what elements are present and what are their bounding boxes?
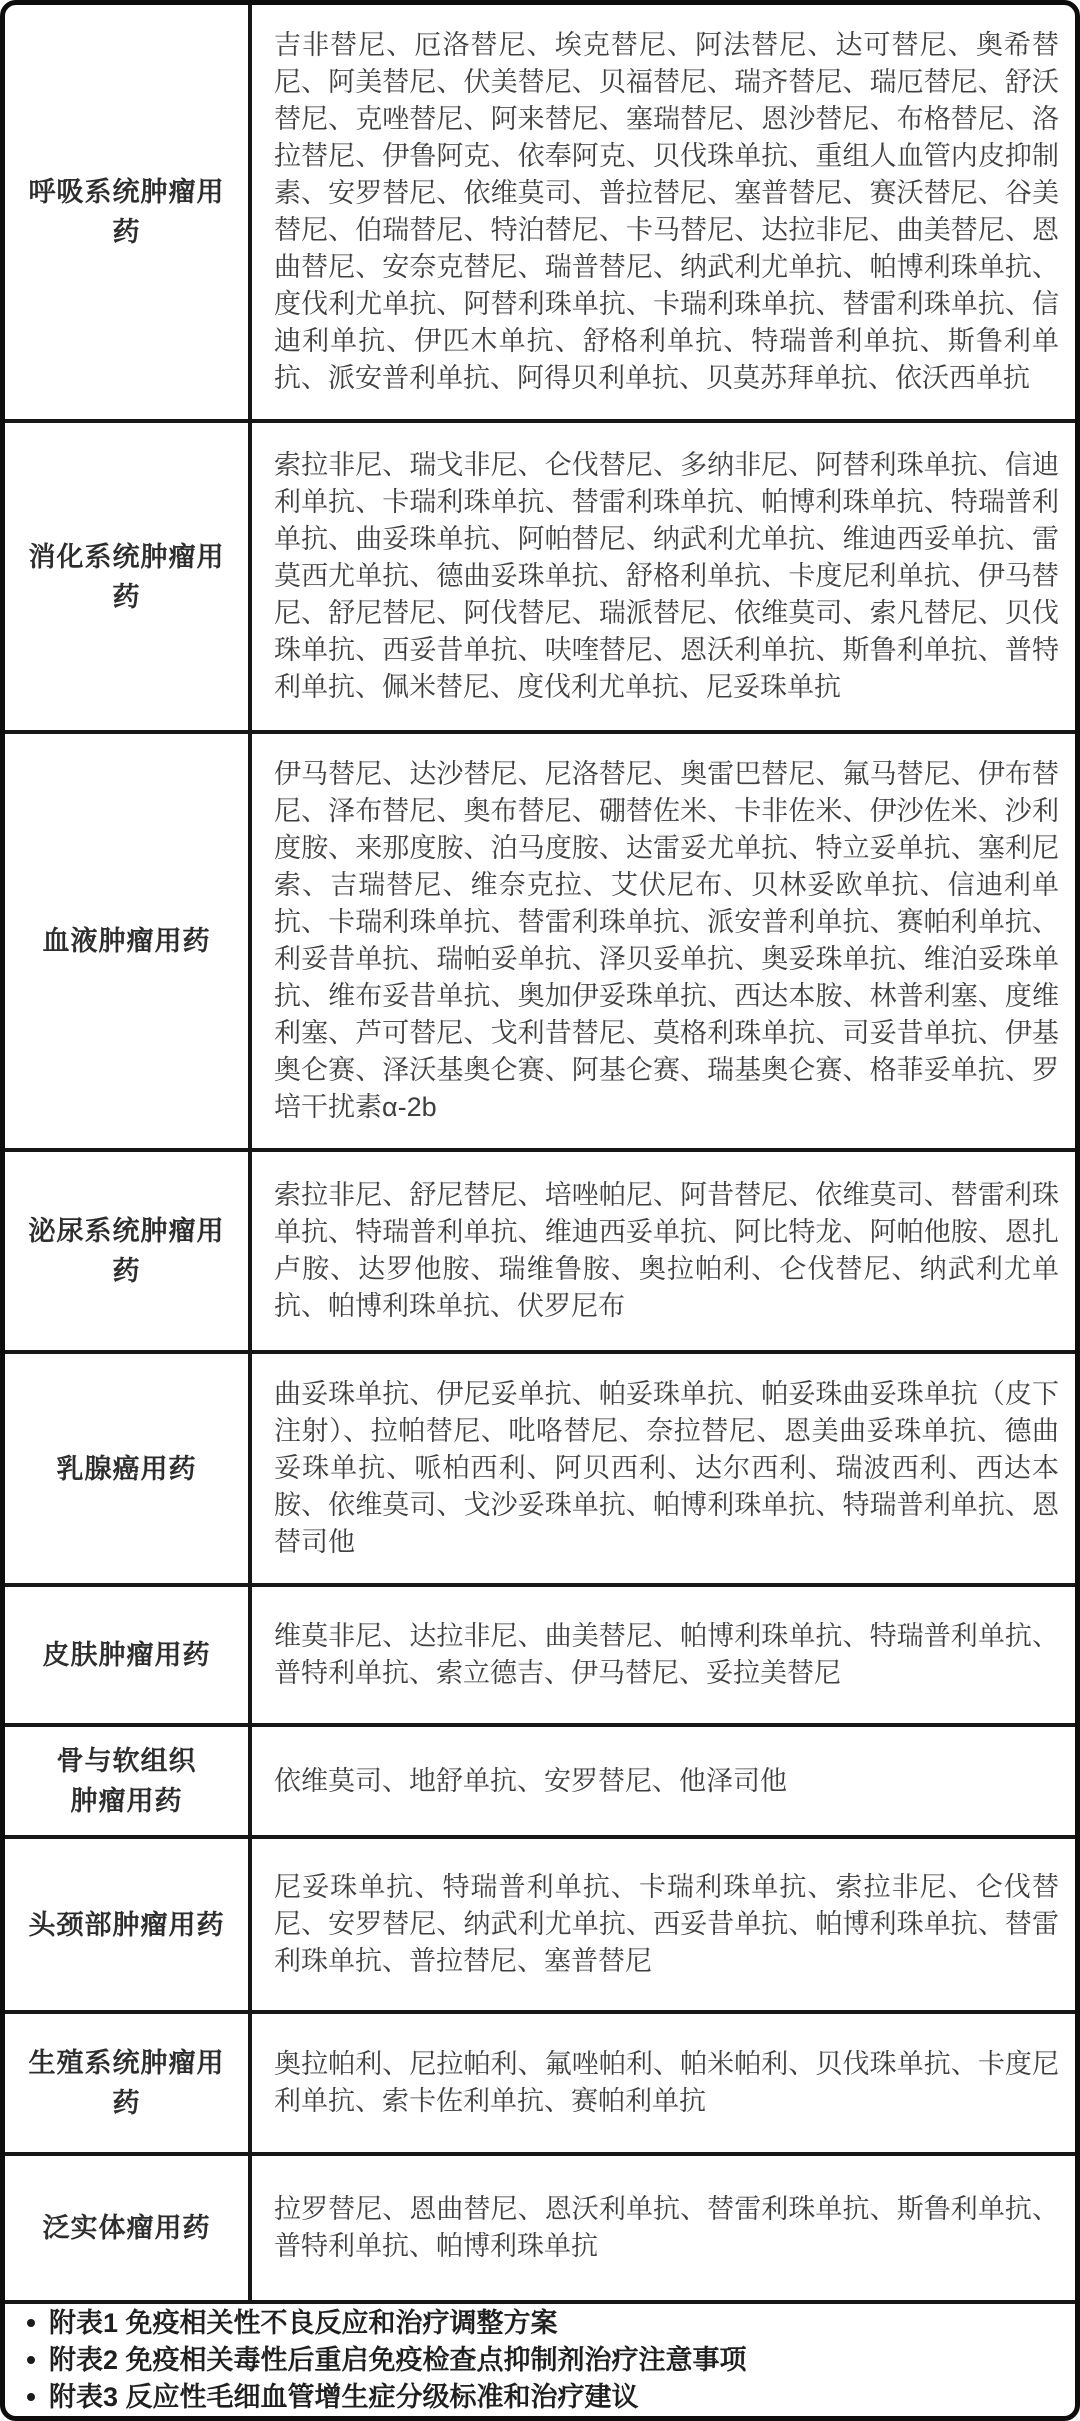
drugs-cell: 拉罗替尼、恩曲替尼、恩沃利单抗、替雷利珠单抗、斯鲁利单抗、普特利单抗、帕博利珠单… — [252, 2156, 1075, 2300]
bullet-icon — [27, 2393, 35, 2401]
category-cell: 血液肿瘤用药 — [5, 734, 252, 1148]
drug-list: 吉非替尼、厄洛替尼、埃克替尼、阿法替尼、达可替尼、奥希替尼、阿美替尼、伏美替尼、… — [274, 27, 1059, 397]
drugs-cell: 索拉非尼、瑞戈非尼、仑伐替尼、多纳非尼、阿替利珠单抗、信迪利单抗、卡瑞利珠单抗、… — [252, 423, 1075, 730]
drug-list: 依维莫司、地舒单抗、安罗替尼、他泽司他 — [274, 1763, 787, 1800]
category-cell: 呼吸系统肿瘤用药 — [5, 5, 252, 419]
category-cell: 生殖系统肿瘤用药 — [5, 2014, 252, 2152]
drugs-cell: 尼妥珠单抗、特瑞普利单抗、卡瑞利珠单抗、索拉非尼、仑伐替尼、安罗替尼、纳武利尤单… — [252, 1839, 1075, 2010]
drug-table: 呼吸系统肿瘤用药 吉非替尼、厄洛替尼、埃克替尼、阿法替尼、达可替尼、奥希替尼、阿… — [5, 5, 1075, 2304]
category-label: 呼吸系统肿瘤用药 — [15, 172, 238, 252]
appendix-item-label: 附表3 反应性毛细血管增生症分级标准和治疗建议 — [49, 2379, 639, 2416]
drug-list: 尼妥珠单抗、特瑞普利单抗、卡瑞利珠单抗、索拉非尼、仑伐替尼、安罗替尼、纳武利尤单… — [274, 1869, 1059, 1980]
appendix-list: 附表1 免疫相关性不良反应和治疗调整方案 附表2 免疫相关毒性后重启免疫检查点抑… — [5, 2304, 1075, 2416]
category-cell: 头颈部肿瘤用药 — [5, 1839, 252, 2010]
drug-list: 奥拉帕利、尼拉帕利、氟唑帕利、帕米帕利、贝伐珠单抗、卡度尼利单抗、索卡佐利单抗、… — [274, 2046, 1059, 2120]
category-label: 乳腺癌用药 — [57, 1449, 197, 1489]
category-cell: 皮肤肿瘤用药 — [5, 1587, 252, 1723]
category-label: 泌尿系统肿瘤用药 — [15, 1211, 238, 1291]
category-label: 生殖系统肿瘤用药 — [15, 2043, 238, 2123]
bullet-icon — [27, 2356, 35, 2364]
drugs-cell: 伊马替尼、达沙替尼、尼洛替尼、奥雷巴替尼、氟马替尼、伊布替尼、泽布替尼、奥布替尼… — [252, 734, 1075, 1148]
category-cell: 乳腺癌用药 — [5, 1354, 252, 1583]
drugs-cell: 吉非替尼、厄洛替尼、埃克替尼、阿法替尼、达可替尼、奥希替尼、阿美替尼、伏美替尼、… — [252, 5, 1075, 419]
category-label: 骨与软组织 肿瘤用药 — [57, 1741, 197, 1821]
drug-list: 索拉非尼、舒尼替尼、培唑帕尼、阿昔替尼、依维莫司、替雷利珠单抗、特瑞普利单抗、维… — [274, 1177, 1059, 1325]
category-cell: 泌尿系统肿瘤用药 — [5, 1152, 252, 1350]
drugs-cell: 依维莫司、地舒单抗、安罗替尼、他泽司他 — [252, 1727, 1075, 1835]
drug-list: 曲妥珠单抗、伊尼妥单抗、帕妥珠单抗、帕妥珠曲妥珠单抗（皮下注射）、拉帕替尼、吡咯… — [274, 1376, 1059, 1561]
drug-list: 伊马替尼、达沙替尼、尼洛替尼、奥雷巴替尼、氟马替尼、伊布替尼、泽布替尼、奥布替尼… — [274, 756, 1059, 1126]
drugs-cell: 索拉非尼、舒尼替尼、培唑帕尼、阿昔替尼、依维莫司、替雷利珠单抗、特瑞普利单抗、维… — [252, 1152, 1075, 1350]
list-item: 附表2 免疫相关毒性后重启免疫检查点抑制剂治疗注意事项 — [27, 2342, 1059, 2379]
table-row: 皮肤肿瘤用药 维莫非尼、达拉非尼、曲美替尼、帕博利珠单抗、特瑞普利单抗、普特利单… — [5, 1587, 1075, 1727]
table-row: 头颈部肿瘤用药 尼妥珠单抗、特瑞普利单抗、卡瑞利珠单抗、索拉非尼、仑伐替尼、安罗… — [5, 1839, 1075, 2014]
drugs-cell: 维莫非尼、达拉非尼、曲美替尼、帕博利珠单抗、特瑞普利单抗、普特利单抗、索立德吉、… — [252, 1587, 1075, 1723]
drug-list: 索拉非尼、瑞戈非尼、仑伐替尼、多纳非尼、阿替利珠单抗、信迪利单抗、卡瑞利珠单抗、… — [274, 447, 1059, 706]
appendix-item-label: 附表2 免疫相关毒性后重启免疫检查点抑制剂治疗注意事项 — [49, 2342, 747, 2379]
category-label: 皮肤肿瘤用药 — [43, 1635, 211, 1675]
bullet-icon — [27, 2319, 35, 2327]
category-cell: 泛实体瘤用药 — [5, 2156, 252, 2300]
table-row: 泛实体瘤用药 拉罗替尼、恩曲替尼、恩沃利单抗、替雷利珠单抗、斯鲁利单抗、普特利单… — [5, 2156, 1075, 2304]
table-row: 骨与软组织 肿瘤用药 依维莫司、地舒单抗、安罗替尼、他泽司他 — [5, 1727, 1075, 1839]
drugs-cell: 曲妥珠单抗、伊尼妥单抗、帕妥珠单抗、帕妥珠曲妥珠单抗（皮下注射）、拉帕替尼、吡咯… — [252, 1354, 1075, 1583]
category-cell: 骨与软组织 肿瘤用药 — [5, 1727, 252, 1835]
drug-list: 拉罗替尼、恩曲替尼、恩沃利单抗、替雷利珠单抗、斯鲁利单抗、普特利单抗、帕博利珠单… — [274, 2191, 1059, 2265]
drugs-cell: 奥拉帕利、尼拉帕利、氟唑帕利、帕米帕利、贝伐珠单抗、卡度尼利单抗、索卡佐利单抗、… — [252, 2014, 1075, 2152]
table-row: 生殖系统肿瘤用药 奥拉帕利、尼拉帕利、氟唑帕利、帕米帕利、贝伐珠单抗、卡度尼利单… — [5, 2014, 1075, 2156]
category-label: 头颈部肿瘤用药 — [29, 1905, 225, 1945]
drug-list: 维莫非尼、达拉非尼、曲美替尼、帕博利珠单抗、特瑞普利单抗、普特利单抗、索立德吉、… — [274, 1618, 1059, 1692]
appendix-item-label: 附表1 免疫相关性不良反应和治疗调整方案 — [49, 2305, 558, 2342]
category-label: 消化系统肿瘤用药 — [15, 537, 238, 617]
list-item: 附表3 反应性毛细血管增生症分级标准和治疗建议 — [27, 2379, 1059, 2416]
drug-category-table-page: 呼吸系统肿瘤用药 吉非替尼、厄洛替尼、埃克替尼、阿法替尼、达可替尼、奥希替尼、阿… — [0, 0, 1080, 2421]
table-row: 消化系统肿瘤用药 索拉非尼、瑞戈非尼、仑伐替尼、多纳非尼、阿替利珠单抗、信迪利单… — [5, 423, 1075, 734]
category-cell: 消化系统肿瘤用药 — [5, 423, 252, 730]
list-item: 附表1 免疫相关性不良反应和治疗调整方案 — [27, 2305, 1059, 2342]
table-row: 呼吸系统肿瘤用药 吉非替尼、厄洛替尼、埃克替尼、阿法替尼、达可替尼、奥希替尼、阿… — [5, 5, 1075, 423]
table-row: 乳腺癌用药 曲妥珠单抗、伊尼妥单抗、帕妥珠单抗、帕妥珠曲妥珠单抗（皮下注射）、拉… — [5, 1354, 1075, 1587]
category-label: 血液肿瘤用药 — [43, 921, 211, 961]
table-row: 泌尿系统肿瘤用药 索拉非尼、舒尼替尼、培唑帕尼、阿昔替尼、依维莫司、替雷利珠单抗… — [5, 1152, 1075, 1354]
category-label: 泛实体瘤用药 — [43, 2208, 211, 2248]
table-row: 血液肿瘤用药 伊马替尼、达沙替尼、尼洛替尼、奥雷巴替尼、氟马替尼、伊布替尼、泽布… — [5, 734, 1075, 1152]
